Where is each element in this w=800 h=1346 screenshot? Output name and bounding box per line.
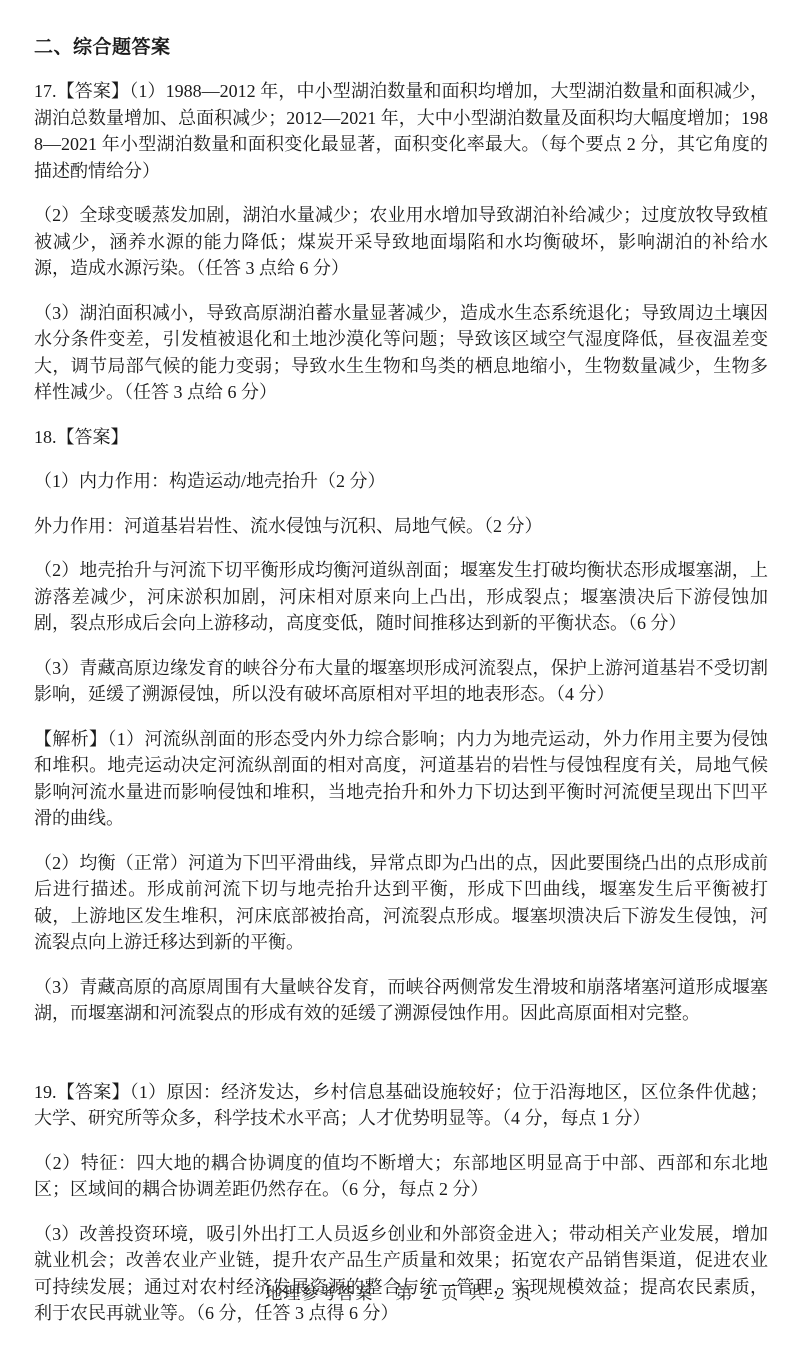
q19-answer-part2: （2）特征：四大地的耦合协调度的值均不断增大；东部地区明显高于中部、西部和东北地… <box>34 1150 768 1203</box>
q18-answer-part1-external: 外力作用：河道基岩岩性、流水侵蚀与沉积、局地气候。（2 分） <box>34 513 768 540</box>
document-page: 二、综合题答案 17.【答案】（1）1988—2012 年，中小型湖泊数量和面积… <box>0 0 800 1327</box>
q18-answer-header: 18.【答案】 <box>34 424 768 451</box>
page-footer: 地理参考答案第 2 页 共 2 页 <box>0 1279 800 1304</box>
q18-answer-part1-internal: （1）内力作用：构造运动/地壳抬升（2 分） <box>34 468 768 495</box>
q19-answer-part3: （3）改善投资环境，吸引外出打工人员返乡创业和外部资金进入；带动相关产业发展，增… <box>34 1221 768 1327</box>
q17-answer-part1: 17.【答案】（1）1988—2012 年，中小型湖泊数量和面积均增加，大型湖泊… <box>34 78 768 184</box>
q18-analysis-part3: （3）青藏高原的高原周围有大量峡谷发育，而峡谷两侧常发生滑坡和崩落堵塞河道形成堰… <box>34 974 768 1027</box>
q18-answer-part3: （3）青藏高原边缘发育的峡谷分布大量的堰塞坝形成河流裂点，保护上游河道基岩不受切… <box>34 655 768 708</box>
q18-answer-part2: （2）地壳抬升与河流下切平衡形成均衡河道纵剖面；堰塞发生打破均衡状态形成堰塞湖，… <box>34 557 768 637</box>
q19-answer-part1: 19.【答案】（1）原因：经济发达，乡村信息基础设施较好；位于沿海地区，区位条件… <box>34 1079 768 1132</box>
footer-page-number: 第 2 页 共 2 页 <box>395 1284 534 1303</box>
q17-answer-part2: （2）全球变暖蒸发加剧，湖泊水量减少；农业用水增加导致湖泊补给减少；过度放牧导致… <box>34 202 768 282</box>
section-heading: 二、综合题答案 <box>34 36 768 60</box>
q17-answer-part3: （3）湖泊面积减小，导致高原湖泊蓄水量显著减少，造成水生态系统退化；导致周边土壤… <box>34 300 768 406</box>
q18-analysis-part2: （2）均衡（正常）河道为下凹平滑曲线，异常点即为凸出的点，因此要围绕凸出的点形成… <box>34 850 768 956</box>
q18-analysis-part1: 【解析】（1）河流纵剖面的形态受内外力综合影响；内力为地壳运动，外力作用主要为侵… <box>34 726 768 832</box>
footer-title: 地理参考答案 <box>265 1284 373 1303</box>
